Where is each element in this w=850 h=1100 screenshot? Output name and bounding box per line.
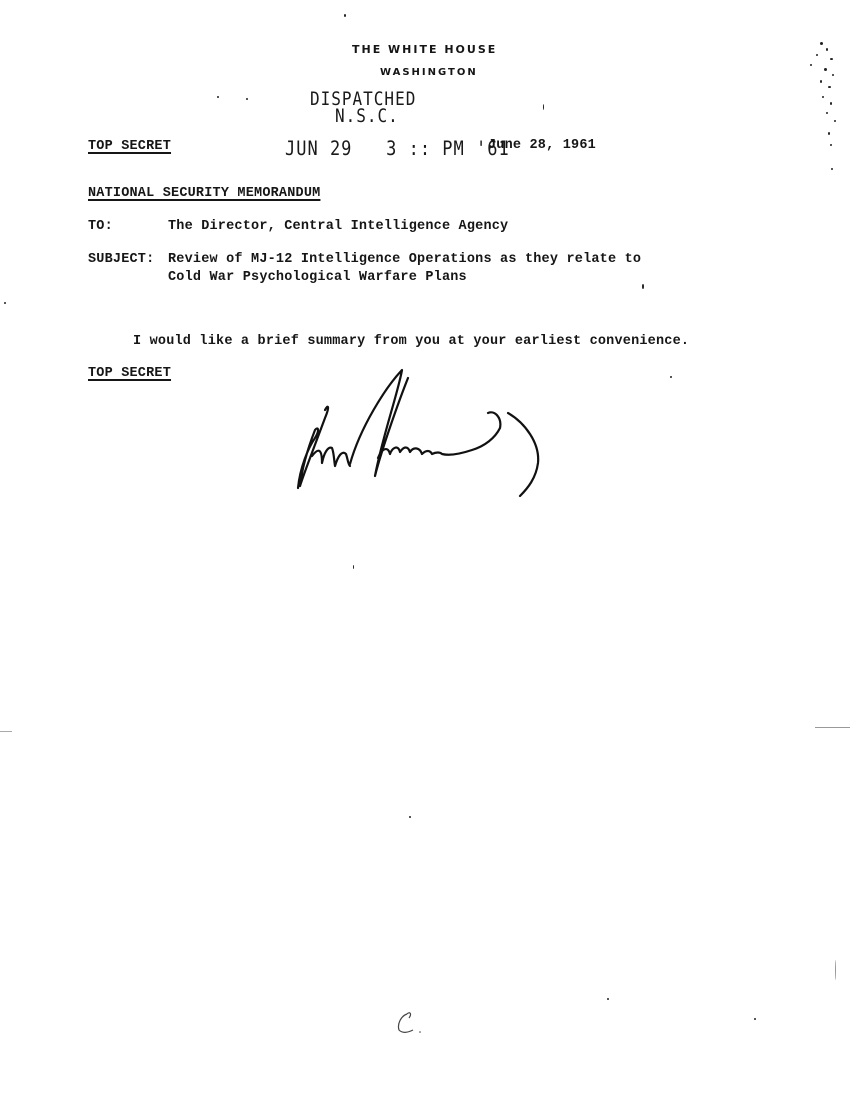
memo-title: NATIONAL SECURITY MEMORANDUM bbox=[88, 186, 320, 201]
signature bbox=[290, 368, 550, 498]
letterhead-subtitle: WASHINGTON bbox=[380, 67, 478, 78]
subject-label: SUBJECT: bbox=[88, 252, 154, 267]
scan-speck bbox=[409, 816, 411, 818]
scan-speck bbox=[344, 14, 346, 17]
letterhead-title: THE WHITE HOUSE bbox=[352, 43, 497, 56]
classification-bottom: TOP SECRET bbox=[88, 366, 171, 381]
scan-edge-line bbox=[815, 727, 850, 728]
scan-speck bbox=[4, 302, 6, 304]
scan-speck bbox=[835, 960, 836, 980]
dispatched-stamp-datetime: JUN 29 3 :: PM '61 bbox=[285, 138, 510, 161]
scan-speck bbox=[246, 98, 248, 100]
scan-speck bbox=[607, 998, 609, 1000]
to-label: TO: bbox=[88, 219, 113, 234]
scan-noise bbox=[800, 40, 840, 190]
memo-body: I would like a brief summary from you at… bbox=[133, 334, 689, 349]
scan-edge-line bbox=[0, 731, 12, 732]
scan-speck bbox=[543, 104, 544, 110]
subject-line-2: Cold War Psychological Warfare Plans bbox=[168, 270, 467, 285]
to-recipient: The Director, Central Intelligence Agenc… bbox=[168, 219, 508, 234]
subject-line-1: Review of MJ-12 Intelligence Operations … bbox=[168, 252, 641, 267]
classification-top: TOP SECRET bbox=[88, 139, 171, 154]
memo-date: June 28, 1961 bbox=[488, 138, 596, 153]
scan-speck bbox=[217, 96, 219, 98]
handwritten-initial-mark bbox=[395, 1008, 435, 1038]
scan-speck bbox=[670, 376, 672, 378]
scan-speck bbox=[754, 1018, 756, 1020]
dispatched-stamp-agency: N.S.C. bbox=[335, 105, 399, 127]
scan-speck bbox=[353, 565, 354, 569]
scan-speck bbox=[642, 284, 644, 289]
